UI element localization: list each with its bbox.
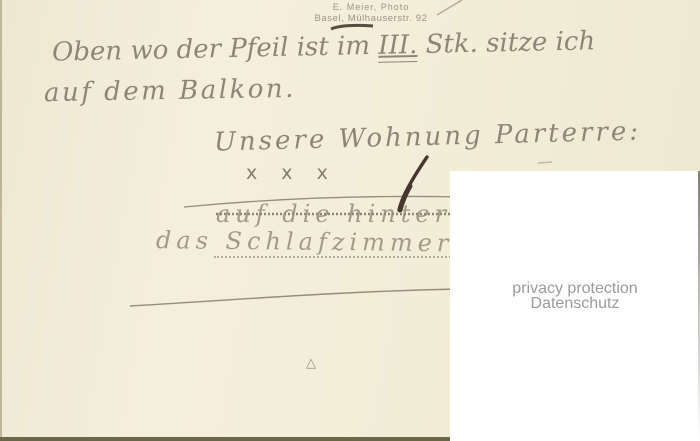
handwriting-line-1-post: Stk. sitze ich — [417, 26, 595, 60]
handwriting-line-1-floor-number: III. — [378, 30, 418, 63]
handwriting-line-1-pre: Oben wo der Pfeil ist im — [52, 31, 379, 68]
handwriting-cross-marks: x x x — [246, 162, 337, 184]
handwriting-line-1: Oben wo der Pfeil ist im III. Stk. sitze… — [52, 26, 596, 67]
privacy-overlay: privacy protection Datenschutz — [450, 171, 700, 441]
stamp-name: E. Meier, Photo — [296, 2, 446, 13]
dotted-pencil-line — [214, 256, 458, 258]
handwriting-line-2: auf dem Balkon. — [44, 74, 296, 108]
privacy-text-en: privacy protection — [450, 281, 700, 296]
stamp-address: Basel, Mülhauserstr. 92 — [296, 13, 446, 24]
handwriting-line-3: Unsere Wohnung Parterre: — [214, 116, 642, 157]
privacy-text-de: Datenschutz — [450, 296, 700, 311]
scribble-mark — [331, 25, 373, 29]
postcard-scan: E. Meier, Photo Basel, Mülhauserstr. 92 … — [0, 0, 700, 441]
pencil-line-lower — [130, 289, 463, 306]
photographer-stamp: E. Meier, Photo Basel, Mülhauserstr. 92 — [296, 2, 446, 24]
privacy-overlay-text: privacy protection Datenschutz — [450, 281, 700, 311]
card-left-edge — [0, 0, 2, 441]
triangle-mark: △ — [306, 356, 316, 371]
handwriting-line-4: auf die hintere — [216, 200, 470, 228]
faint-dash — [538, 162, 552, 163]
